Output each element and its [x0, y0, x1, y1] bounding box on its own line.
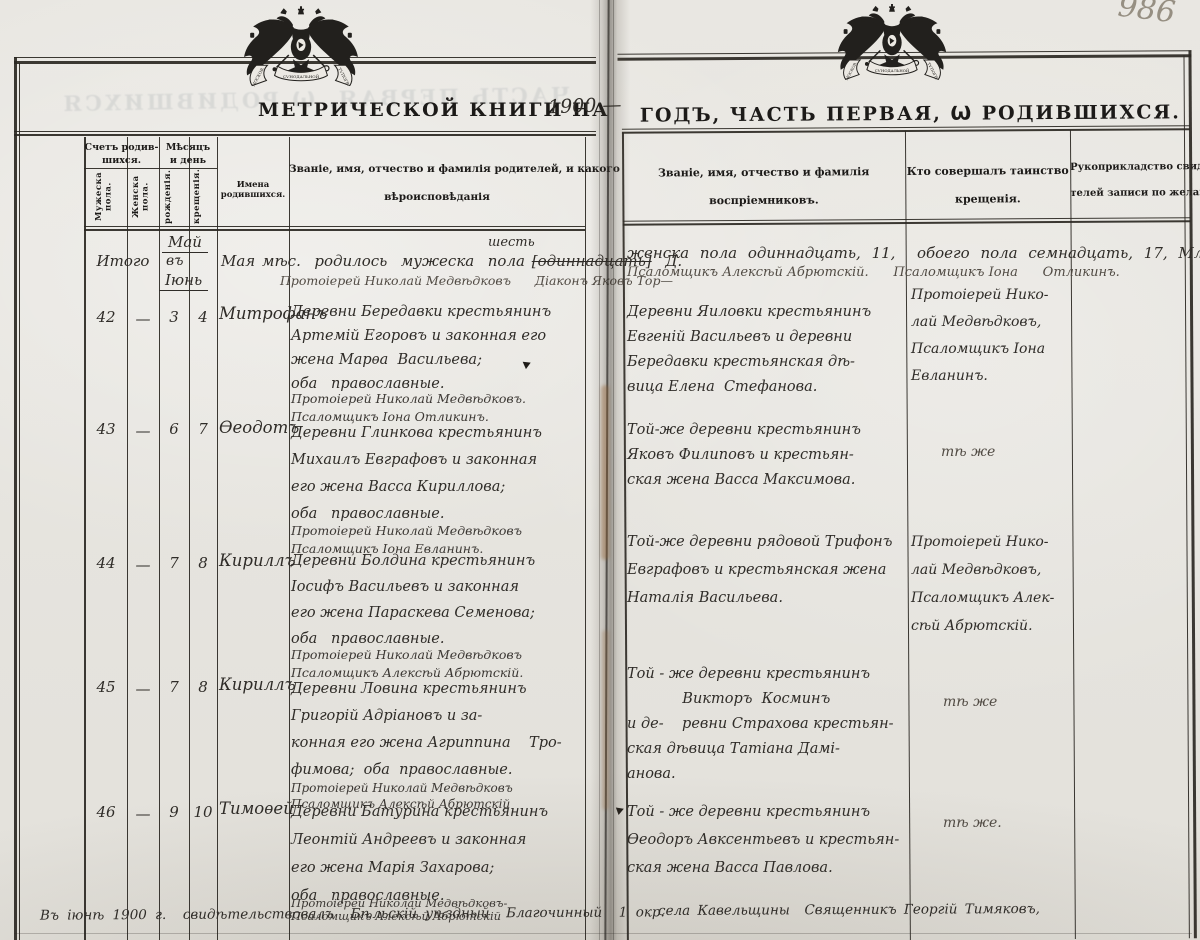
attestation-note-left: Въ іюнѣ 1900 г. свидѣтельствовалъ Бѣльск… [40, 904, 665, 923]
fold-crease-line [613, 0, 614, 940]
baptism-day: 8 [189, 678, 217, 696]
attestation-note-right: села Кавельщины Священникъ Георгій Тимяк… [658, 901, 1040, 919]
child-name: Ѳеодотъ [219, 418, 299, 437]
stain [602, 630, 609, 810]
month-label-june: Іюнь [159, 271, 208, 291]
entry-number-female: — [127, 422, 159, 440]
birth-day: 3 [159, 308, 189, 326]
officiant-text: тѣ же. [943, 815, 1113, 831]
fold-crease-line [599, 0, 600, 940]
entry-number-male: 44 [86, 554, 126, 572]
child-name: Тимоѳей [219, 799, 294, 818]
summary-prefix: въ [166, 253, 183, 269]
godparents-text: Той - же деревни крестьянинъ Ѳеодоръ Авк… [627, 798, 899, 882]
column-header-baptized: крещенія. [193, 169, 203, 224]
month-label-may: Май [162, 233, 208, 253]
baptism-day: 4 [189, 308, 217, 326]
birth-day: 7 [159, 678, 189, 696]
entry-number-male: 46 [86, 803, 126, 821]
child-name: Кириллъ [219, 675, 296, 694]
birth-day: 9 [159, 803, 189, 821]
title-year-handwritten: 1900 — [548, 94, 622, 119]
summary-clergy-right: Псаломщикъ Алексѣй Абрютскій. Псаломщикъ… [627, 265, 1120, 280]
summary-text-right: женска пола одиннадцать, 11, обоего пола… [627, 244, 1200, 262]
parents-text: Деревни Ловина крестьянинъ Григорій Адрі… [291, 676, 591, 784]
entry-number-female: — [127, 680, 159, 698]
parents-text: Деревни Бередавки крестьянинъ Артемій Ег… [291, 300, 591, 396]
column-header-names: Имена родившихся. [215, 180, 291, 200]
entry-number-female: — [127, 310, 159, 328]
column-header-male: Мужеска пола. [95, 169, 114, 224]
column-header-month-group: Мѣсяцъ и день [159, 141, 217, 167]
stain [601, 385, 609, 560]
right-page-title: ГОДЪ, ЧАСТЬ ПЕРВАЯ, Ѡ РОДИВШИХСЯ. [640, 101, 1181, 126]
godparents-text: Деревни Яиловки крестьянинъ Евгеній Васи… [627, 300, 871, 400]
grid-line [1188, 50, 1196, 938]
summary-correction: шесть [488, 235, 535, 250]
parents-text: Деревни Батурина крестьянинъ Леонтій Анд… [291, 798, 591, 910]
summary-clergy-left: Протоіерей Николай Медвѣдковъ Діаконъ Як… [280, 273, 673, 288]
entry-number-male: 43 [86, 420, 126, 438]
summary-label: Итого [88, 252, 158, 270]
officiant-text: тѣ же [941, 444, 1111, 460]
parents-text: Деревни Глинкова крестьянинъ Михаилъ Евг… [291, 420, 591, 528]
birth-day: 6 [159, 420, 189, 438]
entry-number-male: 42 [86, 308, 126, 326]
column-header-parents: Званіе, имя, отчество и фамилія родителе… [289, 155, 585, 211]
column-header-female: Женска пола. [132, 169, 151, 224]
godparents-text: Той-же деревни рядовой Трифонъ Евграфовъ… [627, 528, 892, 612]
officiant-text: Протоіерей Нико- лай Медвѣдковъ, Псаломщ… [911, 528, 1081, 640]
baptism-day: 10 [189, 803, 217, 821]
godparents-text: Той-же деревни крестьянинъ Яковъ Филипов… [627, 418, 861, 493]
column-header-godparents: Званіе, имя, отчество и фамилія воспріем… [622, 158, 905, 216]
officiant-text: тѣ же [943, 694, 1113, 710]
column-header-witnesses: Рукоприкладство свидѣ- телей записи по ж… [1070, 154, 1191, 207]
officiant-text: Протоіерей Нико- лай Медвѣдковъ, Псаломщ… [911, 282, 1081, 390]
column-header-officiant: Кто совершалъ таинство крещенія. [905, 157, 1070, 214]
baptism-day: 8 [189, 554, 217, 572]
column-header-born: рожденія. [164, 169, 174, 224]
entry-number-female: — [127, 556, 159, 574]
child-name: Кириллъ [219, 551, 296, 570]
imperial-eagle-icon [834, 0, 950, 93]
parents-text: Деревни Болдина крестьянинъ Іосифъ Васил… [291, 548, 591, 652]
column-header-count-group: Счетъ родив- шихся. [84, 141, 159, 167]
metrical-book-scan: ЧАСТЬ ПЕРВАЯ, Ѡ РОДИВШИХСЯ ГОДЪ, ЧАСТЬ П… [0, 0, 1200, 940]
birth-day: 7 [159, 554, 189, 572]
godparents-text: Той - же деревни крестьянинъ Викторъ Кос… [627, 662, 894, 787]
entry-number-female: — [127, 805, 159, 823]
baptism-day: 7 [189, 420, 217, 438]
imperial-eagle-icon [240, 2, 362, 100]
entry-number-male: 45 [86, 678, 126, 696]
